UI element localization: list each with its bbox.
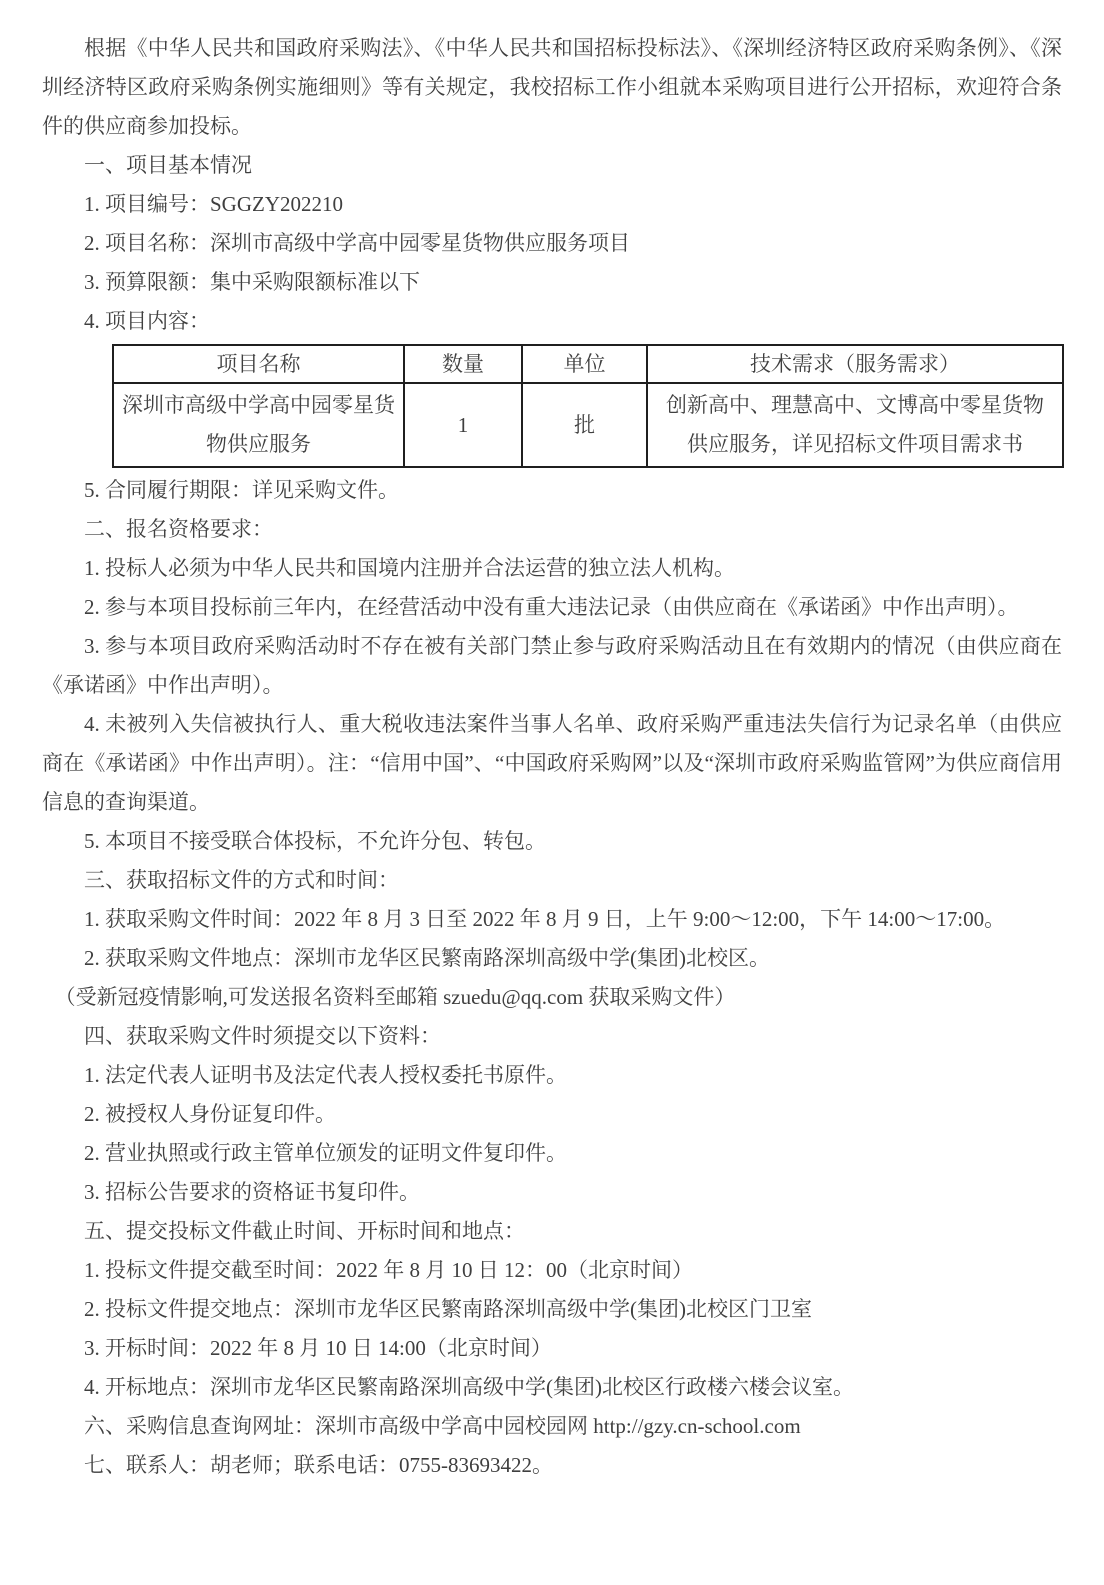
- project-name-item: 2. 项目名称：深圳市高级中学高中园零星货物供应服务项目: [42, 224, 1062, 263]
- table-cell-unit: 批: [522, 383, 647, 467]
- qualification-item-5: 5. 本项目不接受联合体投标，不允许分包、转包。: [42, 822, 1062, 861]
- table-header-requirement: 技术需求（服务需求）: [647, 345, 1063, 383]
- qualification-item-3: 3. 参与本项目政府采购活动时不存在被有关部门禁止参与政府采购活动且在有效期内的…: [42, 627, 1062, 705]
- section-3-heading: 三、获取招标文件的方式和时间：: [42, 861, 1062, 900]
- table-cell-quantity: 1: [404, 383, 522, 467]
- section-5-heading: 五、提交投标文件截止时间、开标时间和地点：: [42, 1212, 1062, 1251]
- project-number-item: 1. 项目编号：SGGZY202210: [42, 185, 1062, 224]
- material-item-3: 2. 营业执照或行政主管单位颁发的证明文件复印件。: [42, 1134, 1062, 1173]
- table-cell-project-name: 深圳市高级中学高中园零星货物供应服务: [113, 383, 404, 467]
- project-content-table: 项目名称 数量 单位 技术需求（服务需求） 深圳市高级中学高中园零星货物供应服务…: [112, 344, 1064, 468]
- obtain-file-place-item: 2. 获取采购文件地点：深圳市龙华区民繁南路深圳高级中学(集团)北校区。: [42, 939, 1062, 978]
- table-row: 深圳市高级中学高中园零星货物供应服务 1 批 创新高中、理慧高中、文博高中零星货…: [113, 383, 1063, 467]
- material-item-2: 2. 被授权人身份证复印件。: [42, 1095, 1062, 1134]
- section-1-heading: 一、项目基本情况: [42, 146, 1062, 185]
- budget-limit-item: 3. 预算限额：集中采购限额标准以下: [42, 263, 1062, 302]
- qualification-item-1: 1. 投标人必须为中华人民共和国境内注册并合法运营的独立法人机构。: [42, 549, 1062, 588]
- material-item-4: 3. 招标公告要求的资格证书复印件。: [42, 1173, 1062, 1212]
- section-6-website-line: 六、采购信息查询网址：深圳市高级中学高中园校园网 http://gzy.cn-s…: [42, 1407, 1062, 1446]
- obtain-file-time-item: 1. 获取采购文件时间：2022 年 8 月 3 日至 2022 年 8 月 9…: [42, 900, 1062, 939]
- bid-opening-time-item: 3. 开标时间：2022 年 8 月 10 日 14:00（北京时间）: [42, 1329, 1062, 1368]
- table-cell-requirement: 创新高中、理慧高中、文博高中零星货物供应服务，详见招标文件项目需求书: [647, 383, 1063, 467]
- table-header-quantity: 数量: [404, 345, 522, 383]
- section-4-heading: 四、获取采购文件时须提交以下资料：: [42, 1017, 1062, 1056]
- table-header-unit: 单位: [522, 345, 647, 383]
- covid-email-note: （受新冠疫情影响,可发送报名资料至邮箱 szuedu@qq.com 获取采购文件…: [42, 978, 1062, 1017]
- table-header-project-name: 项目名称: [113, 345, 404, 383]
- project-content-item: 4. 项目内容：: [42, 302, 1062, 341]
- qualification-item-2: 2. 参与本项目投标前三年内，在经营活动中没有重大违法记录（由供应商在《承诺函》…: [42, 588, 1062, 627]
- bid-submit-place-item: 2. 投标文件提交地点：深圳市龙华区民繁南路深圳高级中学(集团)北校区门卫室: [42, 1290, 1062, 1329]
- intro-paragraph: 根据《中华人民共和国政府采购法》、《中华人民共和国招标投标法》、《深圳经济特区政…: [42, 29, 1062, 146]
- qualification-item-4: 4. 未被列入失信被执行人、重大税收违法案件当事人名单、政府采购严重违法失信行为…: [42, 705, 1062, 822]
- section-2-heading: 二、报名资格要求：: [42, 510, 1062, 549]
- bid-opening-place-item: 4. 开标地点：深圳市龙华区民繁南路深圳高级中学(集团)北校区行政楼六楼会议室。: [42, 1368, 1062, 1407]
- section-7-contact-line: 七、联系人：胡老师；联系电话：0755-83693422。: [42, 1446, 1062, 1485]
- contract-period-item: 5. 合同履行期限：详见采购文件。: [42, 471, 1062, 510]
- table-header-row: 项目名称 数量 单位 技术需求（服务需求）: [113, 345, 1063, 383]
- bid-deadline-item: 1. 投标文件提交截至时间：2022 年 8 月 10 日 12：00（北京时间…: [42, 1251, 1062, 1290]
- tender-announcement-document: 根据《中华人民共和国政府采购法》、《中华人民共和国招标投标法》、《深圳经济特区政…: [0, 0, 1104, 1485]
- material-item-1: 1. 法定代表人证明书及法定代表人授权委托书原件。: [42, 1056, 1062, 1095]
